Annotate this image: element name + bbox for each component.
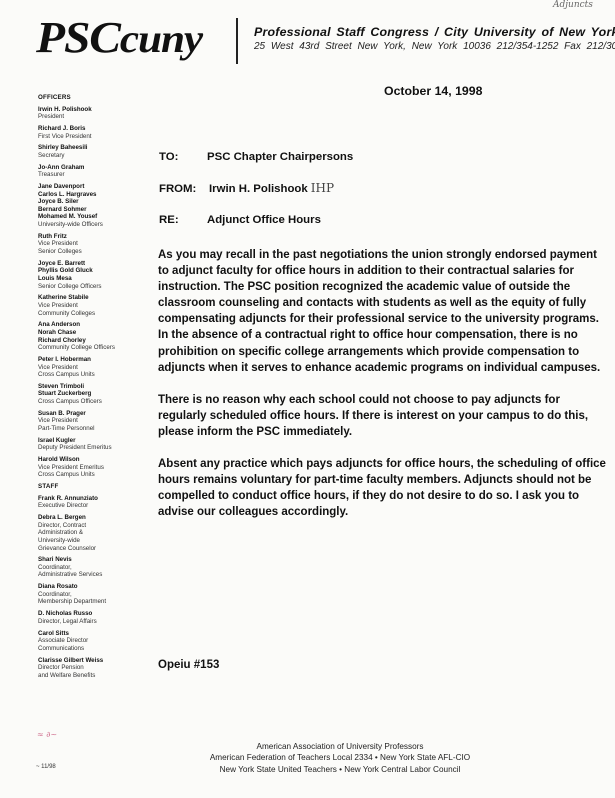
- officer-title: Senior Colleges: [38, 248, 138, 256]
- officer-title: Vice President Emeritus: [38, 464, 138, 472]
- officer-name: Jo-Ann Graham: [38, 164, 138, 172]
- officer-title: Treasurer: [38, 171, 138, 179]
- officer-title: Part-Time Personnel: [38, 425, 138, 433]
- officer-entry: Shirley BaheesiliSecretary: [38, 144, 138, 159]
- officer-entry: Harold WilsonVice President EmeritusCros…: [38, 456, 138, 479]
- staff-title: University-wide: [38, 537, 138, 545]
- officer-entry: Jane DavenportCarlos L. HargravesJoyce B…: [38, 183, 138, 229]
- staff-list: Frank R. AnnunziatoExecutive DirectorDeb…: [38, 495, 138, 680]
- officer-name: Louis Mesa: [38, 275, 138, 283]
- officer-name: Irwin H. Polishook: [38, 106, 138, 114]
- staff-entry: Frank R. AnnunziatoExecutive Director: [38, 495, 138, 510]
- officer-title: Cross Campus Units: [38, 371, 138, 379]
- handwritten-note: Adjuncts: [553, 0, 593, 10]
- officer-entry: Richard J. BorisFirst Vice President: [38, 125, 138, 140]
- officer-title: University-wide Officers: [38, 221, 138, 229]
- officer-entry: Ana AndersonNorah ChaseRichard ChorleyCo…: [38, 321, 138, 351]
- staff-title: Director Pension: [38, 664, 138, 672]
- officer-name: Katherine Stabile: [38, 294, 138, 302]
- officer-title: Senior College Officers: [38, 283, 138, 291]
- affiliations-footer: American Association of University Profe…: [120, 741, 560, 775]
- staff-title: Associate Director: [38, 637, 138, 645]
- staff-name: D. Nicholas Russo: [38, 610, 138, 618]
- from-label: FROM:: [159, 183, 209, 195]
- officer-name: Mohamed M. Yousef: [38, 213, 138, 221]
- to-value: PSC Chapter Chairpersons: [207, 151, 353, 163]
- officer-title: Community College Officers: [38, 344, 138, 352]
- union-bug-icon: ~ 11/98: [36, 764, 56, 770]
- staff-title: Director, Contract: [38, 522, 138, 530]
- staff-entry: D. Nicholas RussoDirector, Legal Affairs: [38, 610, 138, 625]
- staff-name: Diana Rosato: [38, 583, 138, 591]
- officer-name: Richard J. Boris: [38, 125, 138, 133]
- re-label: RE:: [159, 214, 207, 226]
- affiliation-line: American Association of University Profe…: [120, 741, 560, 752]
- officer-title: First Vice President: [38, 133, 138, 141]
- officer-name: Shirley Baheesili: [38, 144, 138, 152]
- stamp-mark: ≈ ∂~: [37, 730, 57, 739]
- officer-title: Cross Campus Officers: [38, 398, 138, 406]
- officer-name: Ruth Fritz: [38, 233, 138, 241]
- logo-main: PSC: [36, 13, 120, 62]
- officer-entry: Ruth FritzVice PresidentSenior Colleges: [38, 233, 138, 256]
- officer-name: Stuart Zuckerberg: [38, 390, 138, 398]
- officer-name: Joyce B. Siler: [38, 198, 138, 206]
- staff-heading: STAFF: [38, 483, 138, 491]
- officer-name: Norah Chase: [38, 329, 138, 337]
- staff-title: Administration &: [38, 529, 138, 537]
- officer-title: Vice President: [38, 302, 138, 310]
- officer-title: Vice President: [38, 417, 138, 425]
- staff-name: Debra L. Bergen: [38, 514, 138, 522]
- officer-name: Joyce E. Barrett: [38, 260, 138, 268]
- officer-name: Susan B. Prager: [38, 410, 138, 418]
- staff-title: Grievance Counselor: [38, 545, 138, 553]
- opeiu-code: Opeiu #153: [158, 659, 219, 671]
- organization-name: Professional Staff Congress / City Unive…: [254, 25, 615, 39]
- memo-to: TO:PSC Chapter Chairpersons: [159, 151, 353, 163]
- staff-entry: Clarisse Gilbert WeissDirector Pensionan…: [38, 657, 138, 680]
- staff-title: Communications: [38, 645, 138, 653]
- body-paragraph: There is no reason why each school could…: [158, 392, 608, 440]
- officer-entry: Jo-Ann GrahamTreasurer: [38, 164, 138, 179]
- organization-address: 25 West 43rd Street New York, New York 1…: [254, 41, 615, 52]
- officer-name: Ana Anderson: [38, 321, 138, 329]
- body-paragraph: Absent any practice which pays adjuncts …: [158, 456, 608, 520]
- affiliation-line: New York State United Teachers • New Yor…: [120, 764, 560, 775]
- officer-entry: Katherine StabileVice PresidentCommunity…: [38, 294, 138, 317]
- officer-entry: Irwin H. PolishookPresident: [38, 106, 138, 121]
- staff-title: and Welfare Benefits: [38, 672, 138, 680]
- psc-cuny-logo: PSCcuny: [36, 14, 202, 63]
- memo-re: RE:Adjunct Office Hours: [159, 214, 321, 226]
- officer-title: Vice President: [38, 240, 138, 248]
- staff-entry: Diana RosatoCoordinator,Membership Depar…: [38, 583, 138, 606]
- officer-entry: Susan B. PragerVice PresidentPart-Time P…: [38, 410, 138, 433]
- to-label: TO:: [159, 151, 207, 163]
- staff-title: Coordinator,: [38, 564, 138, 572]
- staff-entry: Shari NevisCoordinator,Administrative Se…: [38, 556, 138, 579]
- officer-entry: Peter I. HobermanVice PresidentCross Cam…: [38, 356, 138, 379]
- logo-sub: cuny: [120, 16, 202, 61]
- officer-entry: Steven TrimboliStuart ZuckerbergCross Ca…: [38, 383, 138, 406]
- letter-date: October 14, 1998: [384, 84, 482, 98]
- officer-name: Jane Davenport: [38, 183, 138, 191]
- staff-name: Frank R. Annunziato: [38, 495, 138, 503]
- officer-entry: Israel KuglerDeputy President Emeritus: [38, 437, 138, 452]
- staff-entry: Debra L. BergenDirector, ContractAdminis…: [38, 514, 138, 552]
- officers-list: Irwin H. PolishookPresidentRichard J. Bo…: [38, 106, 138, 479]
- staff-name: Carol Sitts: [38, 630, 138, 638]
- officer-title: Vice President: [38, 364, 138, 372]
- letter-body: As you may recall in the past negotiatio…: [158, 247, 608, 536]
- staff-title: Membership Department: [38, 598, 138, 606]
- officer-title: President: [38, 113, 138, 121]
- officer-entry: Joyce E. BarrettPhyllis Gold GluckLouis …: [38, 260, 138, 290]
- body-paragraph: As you may recall in the past negotiatio…: [158, 247, 608, 376]
- from-value: Irwin H. Polishook: [209, 183, 308, 195]
- staff-title: Director, Legal Affairs: [38, 618, 138, 626]
- officer-name: Israel Kugler: [38, 437, 138, 445]
- signature-initials: IHP: [311, 181, 334, 195]
- staff-name: Shari Nevis: [38, 556, 138, 564]
- officer-title: Deputy President Emeritus: [38, 444, 138, 452]
- staff-entry: Carol SittsAssociate DirectorCommunicati…: [38, 630, 138, 653]
- staff-title: Coordinator,: [38, 591, 138, 599]
- re-value: Adjunct Office Hours: [207, 214, 321, 226]
- officer-name: Bernard Sohmer: [38, 206, 138, 214]
- letterhead-divider: [236, 18, 238, 64]
- officer-title: Secretary: [38, 152, 138, 160]
- officer-name: Harold Wilson: [38, 456, 138, 464]
- staff-title: Executive Director: [38, 502, 138, 510]
- memo-from: FROM:Irwin H. PolishookIHP: [159, 181, 334, 195]
- affiliation-line: American Federation of Teachers Local 23…: [120, 752, 560, 763]
- officer-name: Richard Chorley: [38, 337, 138, 345]
- officer-name: Carlos L. Hargraves: [38, 191, 138, 199]
- officer-title: Community Colleges: [38, 310, 138, 318]
- staff-title: Administrative Services: [38, 571, 138, 579]
- officer-name: Phyllis Gold Gluck: [38, 267, 138, 275]
- officers-staff-sidebar: OFFICERS Irwin H. PolishookPresidentRich…: [38, 94, 138, 684]
- officer-name: Peter I. Hoberman: [38, 356, 138, 364]
- officer-title: Cross Campus Units: [38, 471, 138, 479]
- officers-heading: OFFICERS: [38, 94, 138, 102]
- staff-name: Clarisse Gilbert Weiss: [38, 657, 138, 665]
- officer-name: Steven Trimboli: [38, 383, 138, 391]
